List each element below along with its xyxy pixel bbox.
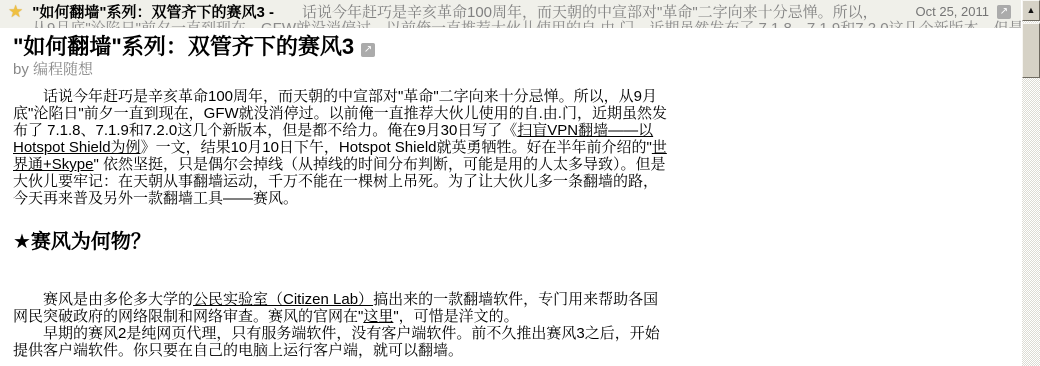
item-header-bar[interactable]: ★ "如何翻墙"系列：双管齐下的赛风3 - 话说今年赶巧是辛亥革命100周年，而… xyxy=(0,0,1021,28)
scrollbar-thumb[interactable] xyxy=(1022,23,1040,78)
section-heading: ★赛风为何物？ xyxy=(13,231,671,253)
text-segment: 赛风是由多伦多大学的 xyxy=(43,291,193,308)
item-header-line: ★ "如何翻墙"系列：双管齐下的赛风3 - 话说今年赶巧是辛亥革命100周年，而… xyxy=(0,0,1021,20)
item-snippet: 话说今年赶巧是辛亥革命100周年，而天朝的中宣部对"革命"二字向来十分忌惮。所以… xyxy=(302,1,904,22)
article-title[interactable]: "如何翻墙"系列：双管齐下的赛风3 xyxy=(13,34,354,59)
item-title[interactable]: "如何翻墙"系列：双管齐下的赛风3 - xyxy=(32,1,274,22)
article-body: 话说今年赶巧是辛亥革命100周年，而天朝的中宣部对"革命"二字向来十分忌惮。所以… xyxy=(13,88,671,359)
paragraph: 赛风是由多伦多大学的公民实验室（Citizen Lab）搞出来的一款翻墙软件，专… xyxy=(13,291,671,325)
paragraph: 话说今年赶巧是辛亥革命100周年，而天朝的中宣部对"革命"二字向来十分忌惮。所以… xyxy=(13,88,671,207)
scroll-up-button[interactable]: ▲ xyxy=(1022,0,1040,21)
inline-link[interactable]: 这里 xyxy=(363,308,393,325)
text-segment: " 依然坚挺，只是偶尔会掉线（从掉线的时间分布判断，可能是用的人太多导致）。但是… xyxy=(13,156,665,207)
article-byline: by 编程随想 xyxy=(13,62,1018,78)
text-segment: "，可惜是洋文的。 xyxy=(393,308,518,325)
text-segment: 》一文，结果10月10日下午，Hotspot Shield就英勇牺牲。好在半年前… xyxy=(141,139,652,156)
scroll-up-arrow-icon: ▲ xyxy=(1027,5,1036,15)
feed-reader-window: ★ "如何翻墙"系列：双管齐下的赛风3 - 话说今年赶巧是辛亥革命100周年，而… xyxy=(0,0,1040,366)
article-content: "如何翻墙"系列：双管齐下的赛风3↗ by 编程随想 话说今年赶巧是辛亥革命10… xyxy=(0,28,1018,366)
inline-link[interactable]: 公民实验室（Citizen Lab） xyxy=(193,291,373,308)
text-segment: 早期的赛风2是纯网页代理，只有服务端软件，没有客户端软件。前不久推出赛风3之后，… xyxy=(13,325,660,359)
item-date: Oct 25, 2011 xyxy=(916,4,989,19)
paragraph: 早期的赛风2是纯网页代理，只有服务端软件，没有客户端软件。前不久推出赛风3之后，… xyxy=(13,325,671,359)
article-external-link-icon[interactable]: ↗ xyxy=(361,43,375,57)
vertical-scrollbar-track[interactable]: ▲ xyxy=(1022,0,1040,366)
external-link-icon[interactable]: ↗ xyxy=(997,5,1011,19)
article-title-row: "如何翻墙"系列：双管齐下的赛风3↗ xyxy=(13,34,1018,60)
item-snippet-overflow: 从9月底"沦陷日"前夕一直到现在，GFW就没消停过。以前俺一直推荐大伙儿使用的自… xyxy=(0,20,1021,28)
star-icon[interactable]: ★ xyxy=(8,3,23,20)
